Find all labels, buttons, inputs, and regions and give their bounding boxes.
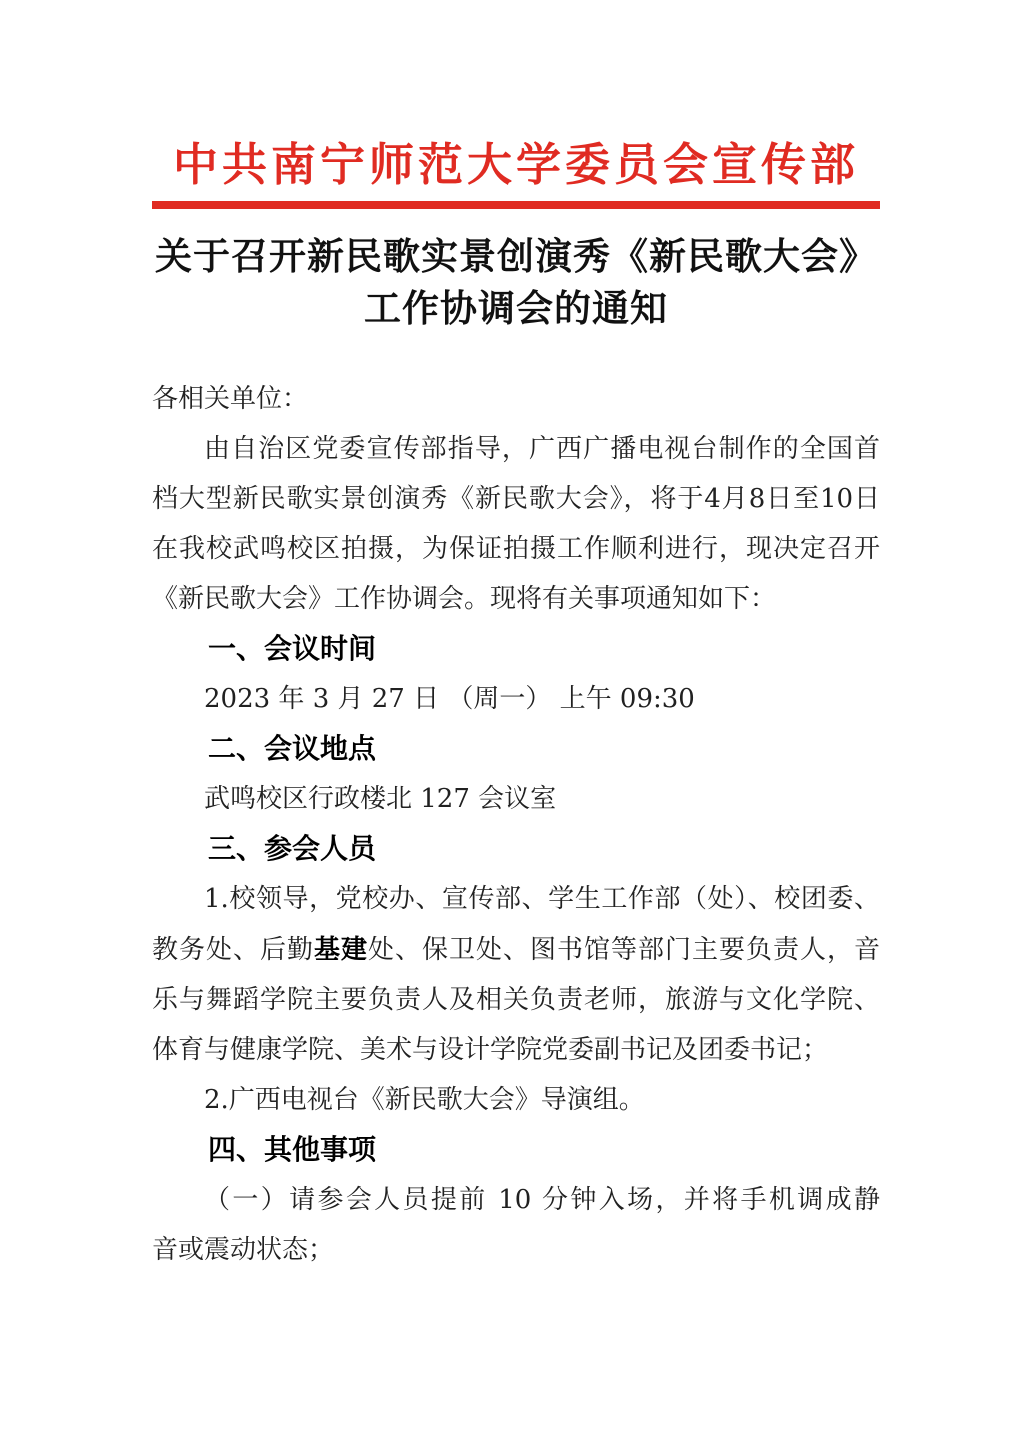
meeting-location-value: 武鸣校区行政楼北 127 会议室 — [152, 774, 880, 824]
document-title-line2: 工作协调会的通知 — [152, 282, 880, 334]
intro-line-4: 《新民歌大会》工作协调会。现将有关事项通知如下： — [152, 574, 880, 624]
section-4-heading: 四、其他事项 — [152, 1125, 880, 1175]
intro-line-1: 由自治区党委宣传部指导，广西广播电视台制作的全国首 — [152, 424, 880, 474]
document-body: 各相关单位： 由自治区党委宣传部指导，广西广播电视台制作的全国首 档大型新民歌实… — [152, 374, 880, 1275]
participants-item-1-line-3: 乐与舞蹈学院主要负责人及相关负责老师，旅游与文化学院、 — [152, 975, 880, 1025]
participants-item-1-line-2-bold: 基建 — [314, 934, 368, 964]
participants-item-1-line-2-post: 处、保卫处、图书馆等部门主要负责人，音 — [368, 935, 880, 965]
other-items-line-2: 音或震动状态； — [152, 1225, 880, 1275]
letterhead-divider-rule — [152, 201, 880, 209]
document-title-line1: 关于召开新民歌实景创演秀《新民歌大会》 — [152, 230, 880, 282]
document-title: 关于召开新民歌实景创演秀《新民歌大会》 工作协调会的通知 — [152, 230, 880, 334]
document-page: 中共南宁师范大学委员会宣传部 关于召开新民歌实景创演秀《新民歌大会》 工作协调会… — [0, 0, 1024, 1448]
participants-item-1-line-2: 教务处、后勤基建处、保卫处、图书馆等部门主要负责人，音 — [152, 924, 880, 975]
participants-item-1-line-4: 体育与健康学院、美术与设计学院党委副书记及团委书记； — [152, 1025, 880, 1075]
section-3-heading: 三、参会人员 — [152, 824, 880, 874]
letterhead: 中共南宁师范大学委员会宣传部 — [152, 136, 880, 209]
letterhead-org-name: 中共南宁师范大学委员会宣传部 — [152, 136, 880, 194]
salutation: 各相关单位： — [152, 374, 880, 424]
participants-item-2: 2.广西电视台《新民歌大会》导演组。 — [152, 1075, 880, 1125]
other-items-line-1: （一）请参会人员提前 10 分钟入场，并将手机调成静 — [152, 1175, 880, 1225]
participants-item-1-line-1: 1.校领导，党校办、宣传部、学生工作部（处）、校团委、 — [152, 874, 880, 924]
participants-item-1-line-2-pre: 教务处、后勤 — [152, 935, 314, 965]
intro-line-3: 在我校武鸣校区拍摄，为保证拍摄工作顺利进行，现决定召开 — [152, 524, 880, 574]
section-2-heading: 二、会议地点 — [152, 724, 880, 774]
intro-line-2: 档大型新民歌实景创演秀《新民歌大会》，将于4月8日至10日 — [152, 474, 880, 524]
meeting-time-value: 2023 年 3 月 27 日 （周一） 上午 09:30 — [152, 674, 880, 724]
section-1-heading: 一、会议时间 — [152, 624, 880, 674]
